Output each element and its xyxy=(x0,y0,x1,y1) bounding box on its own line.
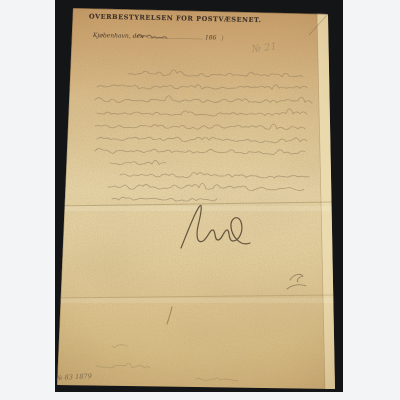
paper-vignette xyxy=(50,0,345,395)
letter-photo-canvas xyxy=(0,0,400,400)
document-photo: OVERBESTYRELSEN FOR POSTVÆSENET. Kjøbenh… xyxy=(0,0,400,400)
fold-highlight-bottom xyxy=(57,298,335,303)
fold-highlight-top xyxy=(57,206,334,211)
